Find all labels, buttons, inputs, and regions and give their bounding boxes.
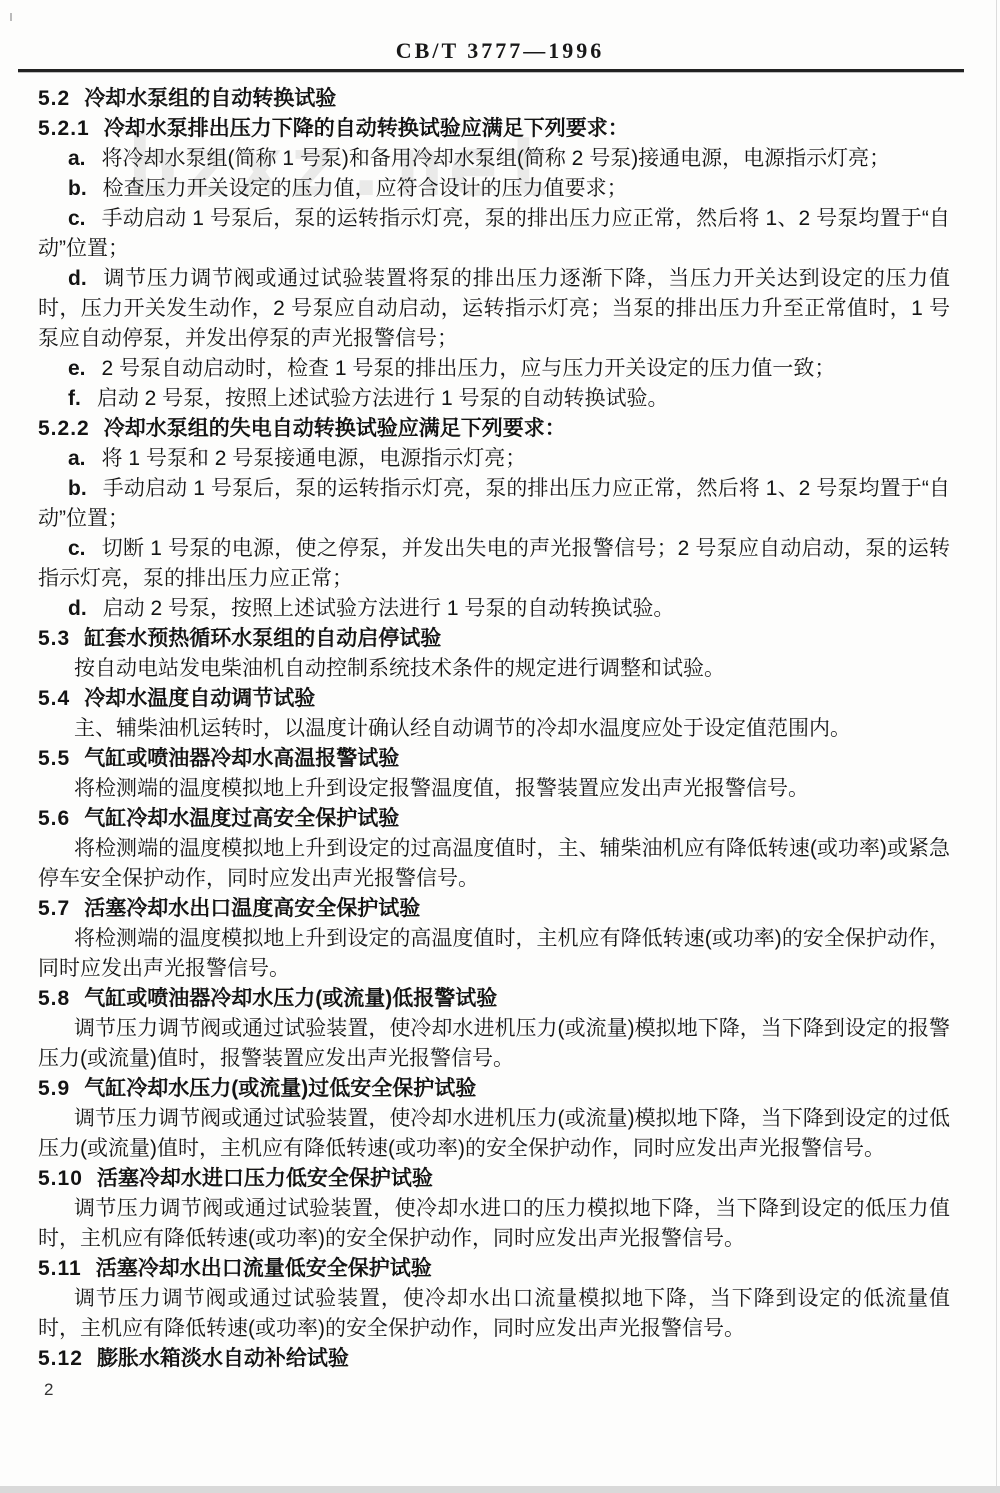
section-number: 5.10 — [38, 1167, 83, 1190]
item-label: b. — [68, 177, 87, 200]
section-heading-5-2: 5.2冷却水泵组的自动转换试验 — [38, 84, 950, 114]
section-title: 冷却水泵组的失电自动转换试验应满足下列要求： — [104, 417, 566, 440]
page-number: 2 — [44, 1380, 53, 1400]
section-title: 气缸冷却水温度过高安全保护试验 — [84, 807, 399, 830]
section-title: 气缸冷却水压力(或流量)过低安全保护试验 — [84, 1077, 476, 1100]
list-item-f: f.启动 2 号泵，按照上述试验方法进行 1 号泵的自动转换试验。 — [38, 384, 950, 414]
section-number: 5.5 — [38, 747, 70, 770]
section-title: 冷却水泵组的自动转换试验 — [84, 87, 336, 110]
document-page: bzxz.net CB/T 3777—1996 5.2冷却水泵组的自动转换试验 … — [0, 0, 1000, 1493]
section-heading-5-8: 5.8气缸或喷油器冷却水压力(或流量)低报警试验 — [38, 984, 950, 1014]
body-paragraph: 调节压力调节阀或通过试验装置，使冷却水进机压力(或流量)模拟地下降，当下降到设定… — [38, 1104, 950, 1164]
section-heading-5-5: 5.5气缸或喷油器冷却水高温报警试验 — [38, 744, 950, 774]
section-heading-5-12: 5.12膨胀水箱淡水自动补给试验 — [38, 1344, 950, 1374]
scan-corner-artifact — [10, 13, 12, 21]
list-item-b: b.手动启动 1 号泵后，泵的运转指示灯亮，泵的排出压力应正常，然后将 1、2 … — [38, 474, 950, 534]
section-heading-5-11: 5.11活塞冷却水出口流量低安全保护试验 — [38, 1254, 950, 1284]
body-paragraph: 调节压力调节阀或通过试验装置，使冷却水进口的压力模拟地下降，当下降到设定的低压力… — [38, 1194, 950, 1254]
list-item-b: b.检查压力开关设定的压力值，应符合设计的压力值要求； — [38, 174, 950, 204]
section-number: 5.2.1 — [38, 117, 90, 140]
item-label: d. — [68, 267, 87, 290]
item-label: c. — [68, 537, 86, 560]
body-paragraph: 调节压力调节阀或通过试验装置，使冷却水进机压力(或流量)模拟地下降，当下降到设定… — [38, 1014, 950, 1074]
scan-bottom-edge-artifact — [0, 1486, 1000, 1493]
list-item-c: c.手动启动 1 号泵后，泵的运转指示灯亮，泵的排出压力应正常，然后将 1、2 … — [38, 204, 950, 264]
list-item-d: d.启动 2 号泵，按照上述试验方法进行 1 号泵的自动转换试验。 — [38, 594, 950, 624]
section-number: 5.2.2 — [38, 417, 90, 440]
body-paragraph: 调节压力调节阀或通过试验装置，使冷却水出口流量模拟地下降，当下降到设定的低流量值… — [38, 1284, 950, 1344]
section-title: 气缸或喷油器冷却水压力(或流量)低报警试验 — [84, 987, 497, 1010]
body-paragraph: 主、辅柴油机运转时，以温度计确认经自动调节的冷却水温度应处于设定值范围内。 — [38, 714, 950, 744]
section-title: 缸套水预热循环水泵组的自动启停试验 — [84, 627, 441, 650]
item-text: 启动 2 号泵，按照上述试验方法进行 1 号泵的自动转换试验。 — [97, 387, 669, 410]
section-number: 5.7 — [38, 897, 70, 920]
item-label: a. — [68, 147, 86, 170]
document-body: 5.2冷却水泵组的自动转换试验 5.2.1冷却水泵排出压力下降的自动转换试验应满… — [38, 84, 950, 1374]
item-label: d. — [68, 597, 87, 620]
body-paragraph: 将检测端的温度模拟地上升到设定的过高温度值时，主、辅柴油机应有降低转速(或功率)… — [38, 834, 950, 894]
standard-number-title: CB/T 3777—1996 — [396, 38, 604, 63]
item-label: f. — [68, 387, 81, 410]
section-title: 膨胀水箱淡水自动补给试验 — [97, 1347, 349, 1370]
body-paragraph: 将检测端的温度模拟地上升到设定报警温度值，报警装置应发出声光报警信号。 — [38, 774, 950, 804]
section-number: 5.3 — [38, 627, 70, 650]
section-number: 5.6 — [38, 807, 70, 830]
section-heading-5-3: 5.3缸套水预热循环水泵组的自动启停试验 — [38, 624, 950, 654]
item-text: 调节压力调节阀或通过试验装置将泵的排出压力逐渐下降，当压力开关达到设定的压力值时… — [38, 267, 950, 350]
list-item-a: a.将 1 号泵和 2 号泵接通电源，电源指示灯亮； — [38, 444, 950, 474]
section-heading-5-7: 5.7活塞冷却水出口温度高安全保护试验 — [38, 894, 950, 924]
list-item-a: a.将冷却水泵组(简称 1 号泵)和备用冷却水泵组(简称 2 号泵)接通电源，电… — [38, 144, 950, 174]
section-number: 5.12 — [38, 1347, 83, 1370]
section-title: 活塞冷却水出口流量低安全保护试验 — [96, 1257, 432, 1280]
section-title: 活塞冷却水进口压力低安全保护试验 — [97, 1167, 433, 1190]
section-number: 5.8 — [38, 987, 70, 1010]
list-item-d: d.调节压力调节阀或通过试验装置将泵的排出压力逐渐下降，当压力开关达到设定的压力… — [38, 264, 950, 354]
item-label: c. — [68, 207, 86, 230]
list-item-e: e.2 号泵自动启动时，检查 1 号泵的排出压力，应与压力开关设定的压力值一致； — [38, 354, 950, 384]
scan-right-edge-artifact — [996, 0, 997, 1493]
item-text: 检查压力开关设定的压力值，应符合设计的压力值要求； — [103, 177, 628, 200]
item-text: 手动启动 1 号泵后，泵的运转指示灯亮，泵的排出压力应正常，然后将 1、2 号泵… — [38, 477, 950, 530]
page-header: CB/T 3777—1996 — [0, 38, 1000, 64]
item-text: 将 1 号泵和 2 号泵接通电源，电源指示灯亮； — [102, 447, 527, 470]
section-heading-5-4: 5.4冷却水温度自动调节试验 — [38, 684, 950, 714]
body-paragraph: 按自动电站发电柴油机自动控制系统技术条件的规定进行调整和试验。 — [38, 654, 950, 684]
section-title: 活塞冷却水出口温度高安全保护试验 — [84, 897, 420, 920]
section-number: 5.4 — [38, 687, 70, 710]
item-text: 2 号泵自动启动时，检查 1 号泵的排出压力，应与压力开关设定的压力值一致； — [102, 357, 836, 380]
header-rule — [18, 69, 964, 72]
item-text: 切断 1 号泵的电源，使之停泵，并发出失电的声光报警信号；2 号泵应自动启动，泵… — [38, 537, 950, 590]
section-heading-5-10: 5.10活塞冷却水进口压力低安全保护试验 — [38, 1164, 950, 1194]
section-number: 5.2 — [38, 87, 70, 110]
list-item-c: c.切断 1 号泵的电源，使之停泵，并发出失电的声光报警信号；2 号泵应自动启动… — [38, 534, 950, 594]
item-label: a. — [68, 447, 86, 470]
body-paragraph: 将检测端的温度模拟地上升到设定的高温度值时，主机应有降低转速(或功率)的安全保护… — [38, 924, 950, 984]
section-title: 冷却水温度自动调节试验 — [84, 687, 315, 710]
section-heading-5-2-2: 5.2.2冷却水泵组的失电自动转换试验应满足下列要求： — [38, 414, 950, 444]
item-text: 手动启动 1 号泵后，泵的运转指示灯亮，泵的排出压力应正常，然后将 1、2 号泵… — [38, 207, 950, 260]
section-number: 5.9 — [38, 1077, 70, 1100]
section-heading-5-9: 5.9气缸冷却水压力(或流量)过低安全保护试验 — [38, 1074, 950, 1104]
item-text: 启动 2 号泵，按照上述试验方法进行 1 号泵的自动转换试验。 — [103, 597, 675, 620]
item-text: 将冷却水泵组(简称 1 号泵)和备用冷却水泵组(简称 2 号泵)接通电源，电源指… — [102, 147, 891, 170]
section-heading-5-2-1: 5.2.1冷却水泵排出压力下降的自动转换试验应满足下列要求： — [38, 114, 950, 144]
section-number: 5.11 — [38, 1257, 82, 1280]
section-title: 冷却水泵排出压力下降的自动转换试验应满足下列要求： — [104, 117, 629, 140]
item-label: e. — [68, 357, 86, 380]
section-heading-5-6: 5.6气缸冷却水温度过高安全保护试验 — [38, 804, 950, 834]
item-label: b. — [68, 477, 87, 500]
section-title: 气缸或喷油器冷却水高温报警试验 — [84, 747, 399, 770]
